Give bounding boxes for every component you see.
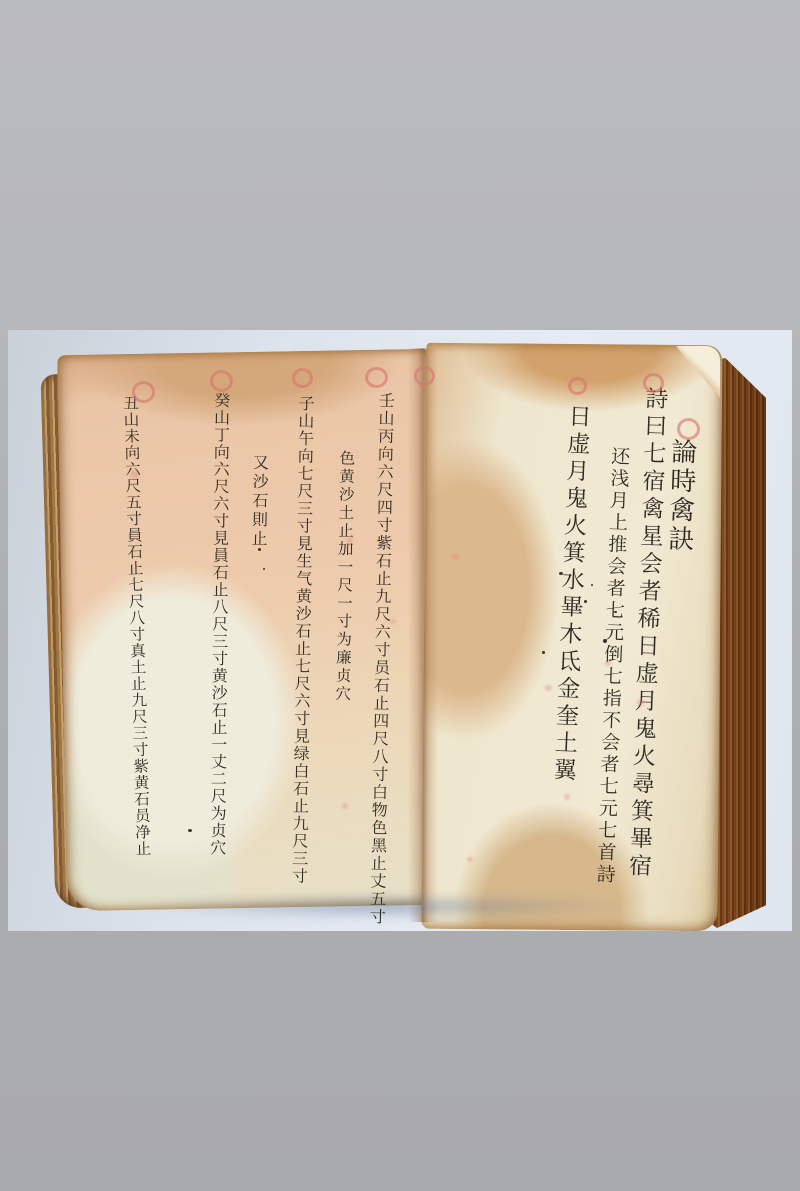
vermilion-circle: [292, 368, 313, 388]
foxing-spot: [130, 470, 139, 478]
foxing-spot: [545, 685, 552, 691]
ink-speck: [603, 639, 607, 643]
ink-speck: [584, 600, 587, 603]
ink-speck: [559, 572, 563, 575]
column-renshan-note: 色黄沙土止加一尺一寸为廉贞穴: [334, 450, 355, 704]
ink-speck: [570, 628, 573, 631]
vermilion-circle: [365, 367, 388, 388]
ink-speck: [263, 568, 265, 570]
foxing-spot: [452, 554, 459, 560]
foxing-spot: [564, 794, 570, 800]
book-gutter: [408, 348, 438, 922]
vermilion-circle: [210, 370, 233, 392]
ink-speck: [542, 651, 545, 654]
column-guishan-dingxiang: 癸山丁向六尺六寸見員石止八尺三寸黄沙石止一丈二尺为贞穴: [208, 392, 229, 857]
vermilion-circle: [643, 373, 664, 393]
vermilion-circle: [414, 366, 435, 386]
foxing-spot: [347, 537, 353, 543]
ink-speck: [591, 584, 593, 586]
screenshot-root: 論時禽訣 詩曰七宿禽星会者稀日虚月鬼火尋箕畢宿 还浅月上推会者七元倒七指不会者七…: [0, 0, 800, 1191]
book-shadow: [60, 896, 716, 922]
foxing-spot: [390, 619, 396, 624]
foxing-spot: [467, 857, 473, 862]
ink-speck: [258, 548, 261, 551]
foxing-spot: [342, 803, 348, 809]
right-page-title: 論時禽訣: [664, 438, 695, 555]
ink-speck: [188, 829, 192, 832]
vermilion-circle: [132, 381, 155, 403]
vermilion-circle: [568, 377, 587, 395]
ink-speck: [614, 611, 617, 613]
vermilion-circle: [677, 418, 700, 440]
column-zishan-note: 又沙石則止: [249, 454, 267, 549]
foxing-spot: [637, 699, 644, 706]
foxing-spot: [605, 661, 611, 666]
